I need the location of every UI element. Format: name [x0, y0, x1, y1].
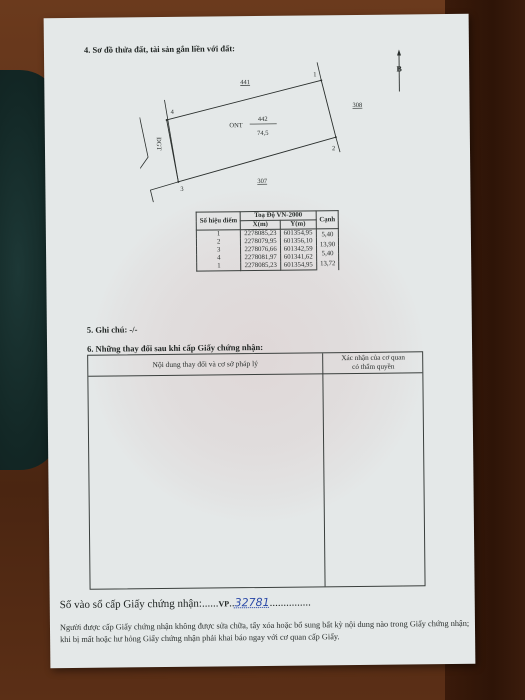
svg-text:2: 2 [332, 145, 335, 152]
svg-text:74,5: 74,5 [257, 130, 268, 137]
header-edge: Cạnh [316, 211, 339, 229]
header-y: Y(m) [280, 220, 316, 229]
svg-text:B: B [396, 64, 402, 73]
edge-lengths: 5,40 13,90 5,40 13,72 [316, 229, 339, 270]
changes-header-confirmation: Xác nhận của cơ quan có thẩm quyền [324, 353, 422, 372]
legal-notice: Người được cấp Giấy chứng nhận không đượ… [60, 618, 475, 646]
svg-text:307: 307 [257, 178, 268, 185]
registration-number: Số vào sổ cấp Giấy chứng nhận:......VP..… [60, 595, 311, 611]
svg-text:ĐGT: ĐGT [155, 137, 162, 150]
header-x: X(m) [241, 220, 280, 229]
svg-text:3: 3 [180, 186, 183, 193]
coordinates-table: Số hiệu điểm Toạ Độ VN-2000 Cạnh X(m) Y(… [196, 210, 340, 271]
changes-column-content [88, 353, 325, 588]
section-5-notes: 5. Ghi chú: -/- [87, 324, 138, 335]
svg-text:308: 308 [353, 102, 363, 109]
svg-text:442: 442 [258, 116, 268, 123]
certificate-page: 4. Sơ đồ thửa đất, tài sản gắn liền với … [44, 14, 476, 668]
changes-table: Nội dung thay đổi và cơ sở pháp lý Xác n… [87, 351, 425, 590]
svg-text:441: 441 [240, 79, 250, 86]
header-point: Số hiệu điểm [196, 212, 241, 230]
section-6-title: 6. Những thay đổi sau khi cấp Giấy chứng… [87, 342, 263, 354]
svg-text:ONT: ONT [229, 122, 242, 129]
section-4-title: 4. Sơ đồ thửa đất, tài sản gắn liền với … [84, 43, 235, 55]
north-arrow-icon: B [389, 49, 409, 94]
svg-text:1: 1 [313, 71, 316, 78]
svg-text:4: 4 [171, 109, 175, 116]
parcel-map: 1 2 3 4 441 308 307 442 ONT 74,5 ĐGT [139, 60, 380, 203]
handwritten-number: 32781 [235, 596, 270, 609]
